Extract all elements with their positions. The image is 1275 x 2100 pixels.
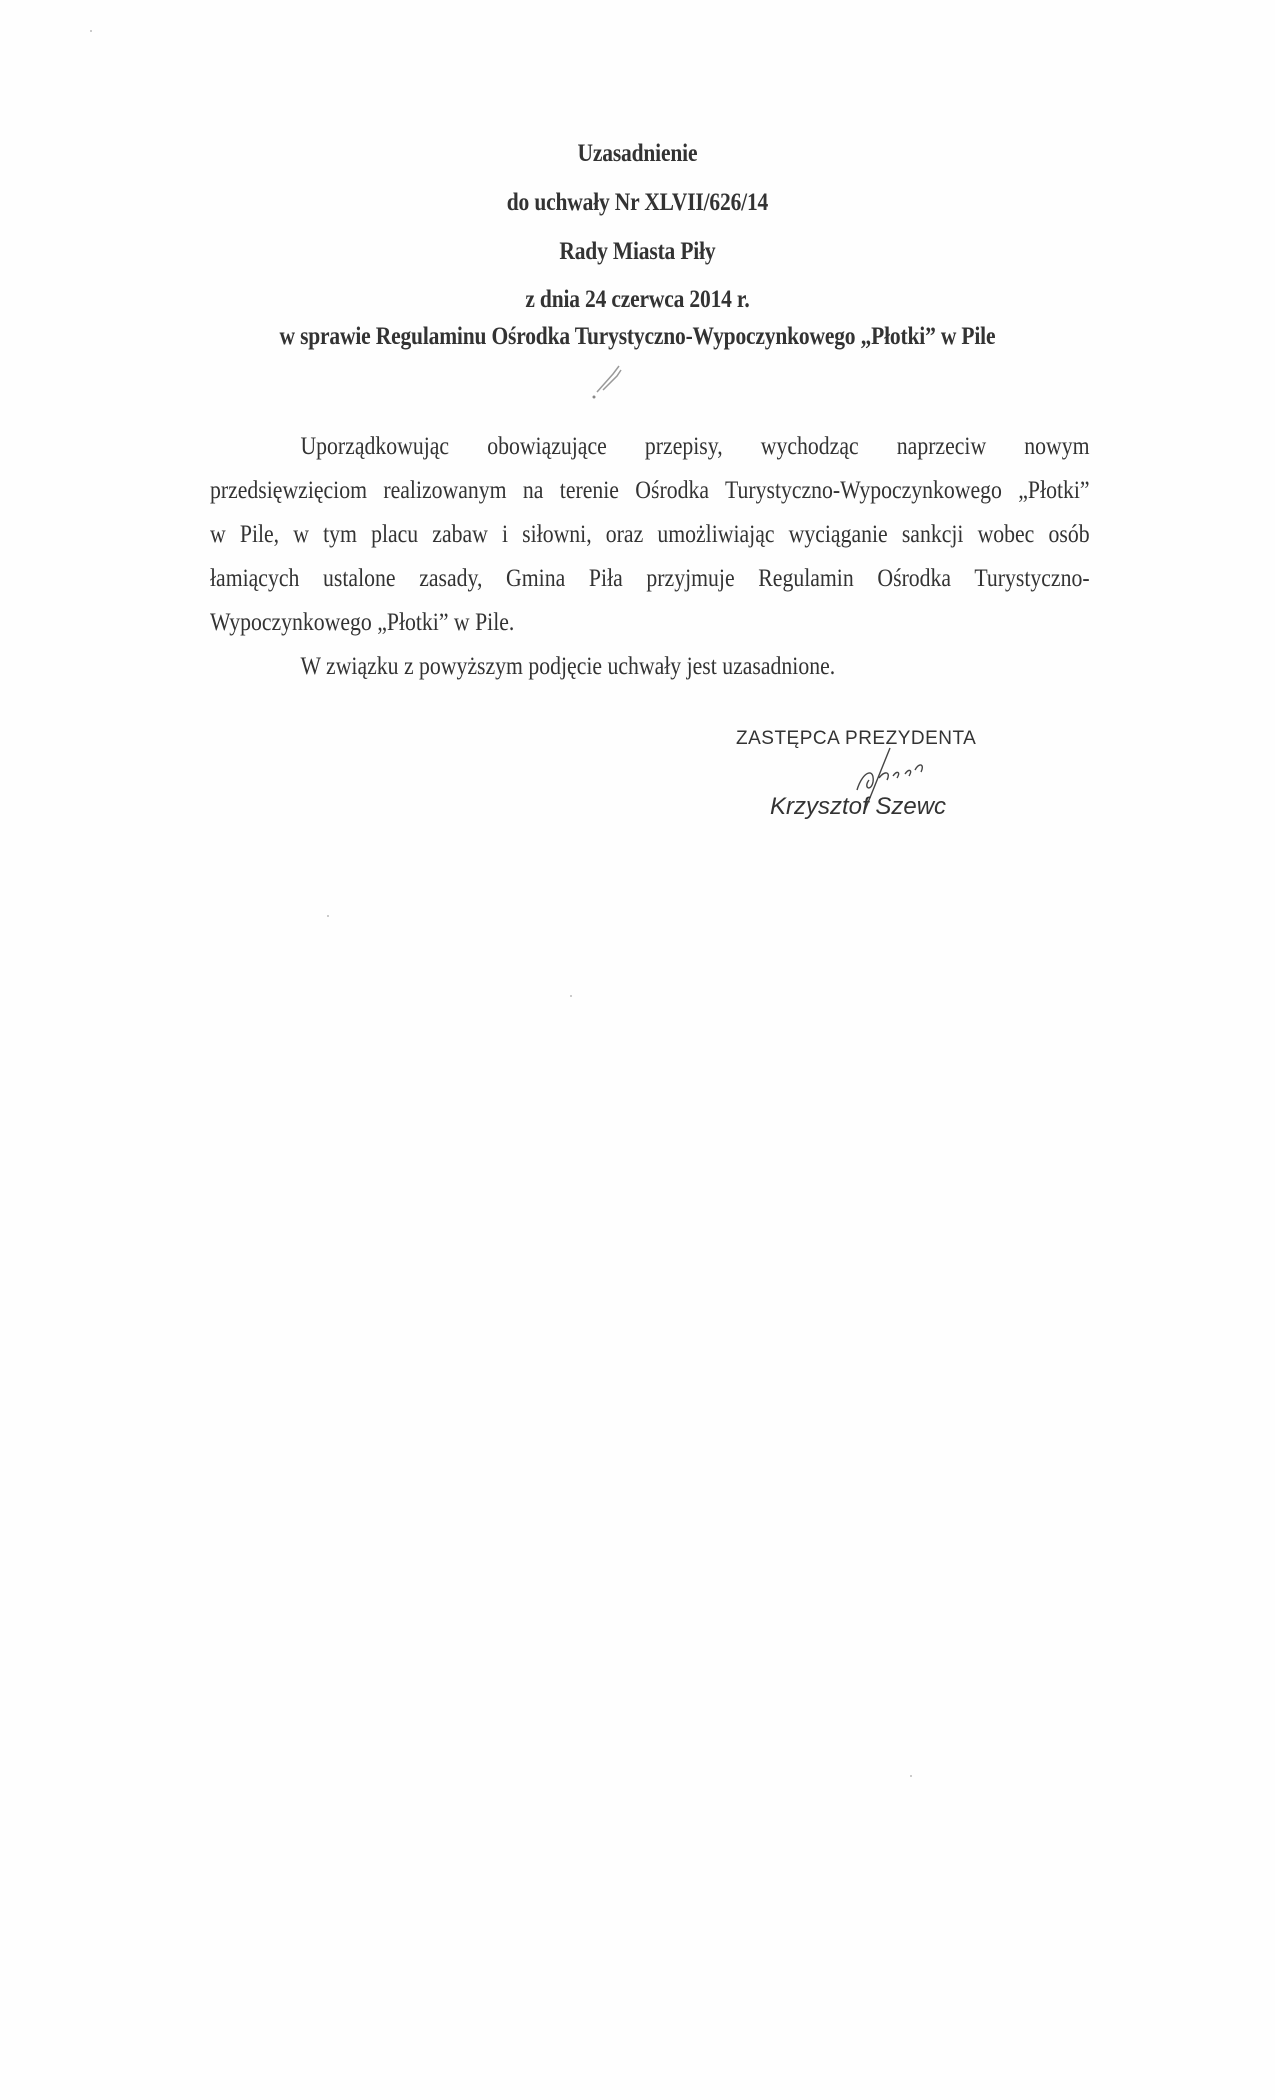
conclusion-text: W związku z powyższym podjęcie uchwały j… xyxy=(210,645,976,689)
scan-speck xyxy=(327,915,329,917)
document-title: Uzasadnienie xyxy=(89,140,1186,168)
resolution-number: do uchwały Nr XLVII/626/14 xyxy=(89,189,1186,217)
initials-mark xyxy=(585,360,635,405)
resolution-date: z dnia 24 czerwca 2014 r. xyxy=(89,286,1186,314)
paragraph-line: Uporządkowując obowiązujące przepisy, wy… xyxy=(210,425,1090,469)
paragraph-line: Wypoczynkowego „Płotki” w Pile. xyxy=(210,601,976,645)
document-page: Uzasadnienie do uchwały Nr XLVII/626/14 … xyxy=(0,0,1275,2100)
signatory-name: Krzysztof Szewc xyxy=(770,793,946,821)
paragraph-line: przedsięwzięciom realizowanym na terenie… xyxy=(210,469,1090,513)
paragraph-conclusion: W związku z powyższym podjęcie uchwały j… xyxy=(210,645,1090,689)
paragraph-line: łamiących ustalone zasady, Gmina Piła pr… xyxy=(210,557,1090,601)
scan-speck xyxy=(570,995,572,997)
resolution-subject: w sprawie Regulaminu Ośrodka Turystyczno… xyxy=(89,323,1186,351)
paragraph-line: w Pile, w tym placu zabaw i siłowni, ora… xyxy=(210,513,1090,557)
council-name: Rady Miasta Piły xyxy=(89,238,1186,266)
paragraph-main: Uporządkowując obowiązujące przepisy, wy… xyxy=(210,425,1090,645)
scan-speck xyxy=(910,1775,912,1777)
scan-speck xyxy=(90,30,92,32)
